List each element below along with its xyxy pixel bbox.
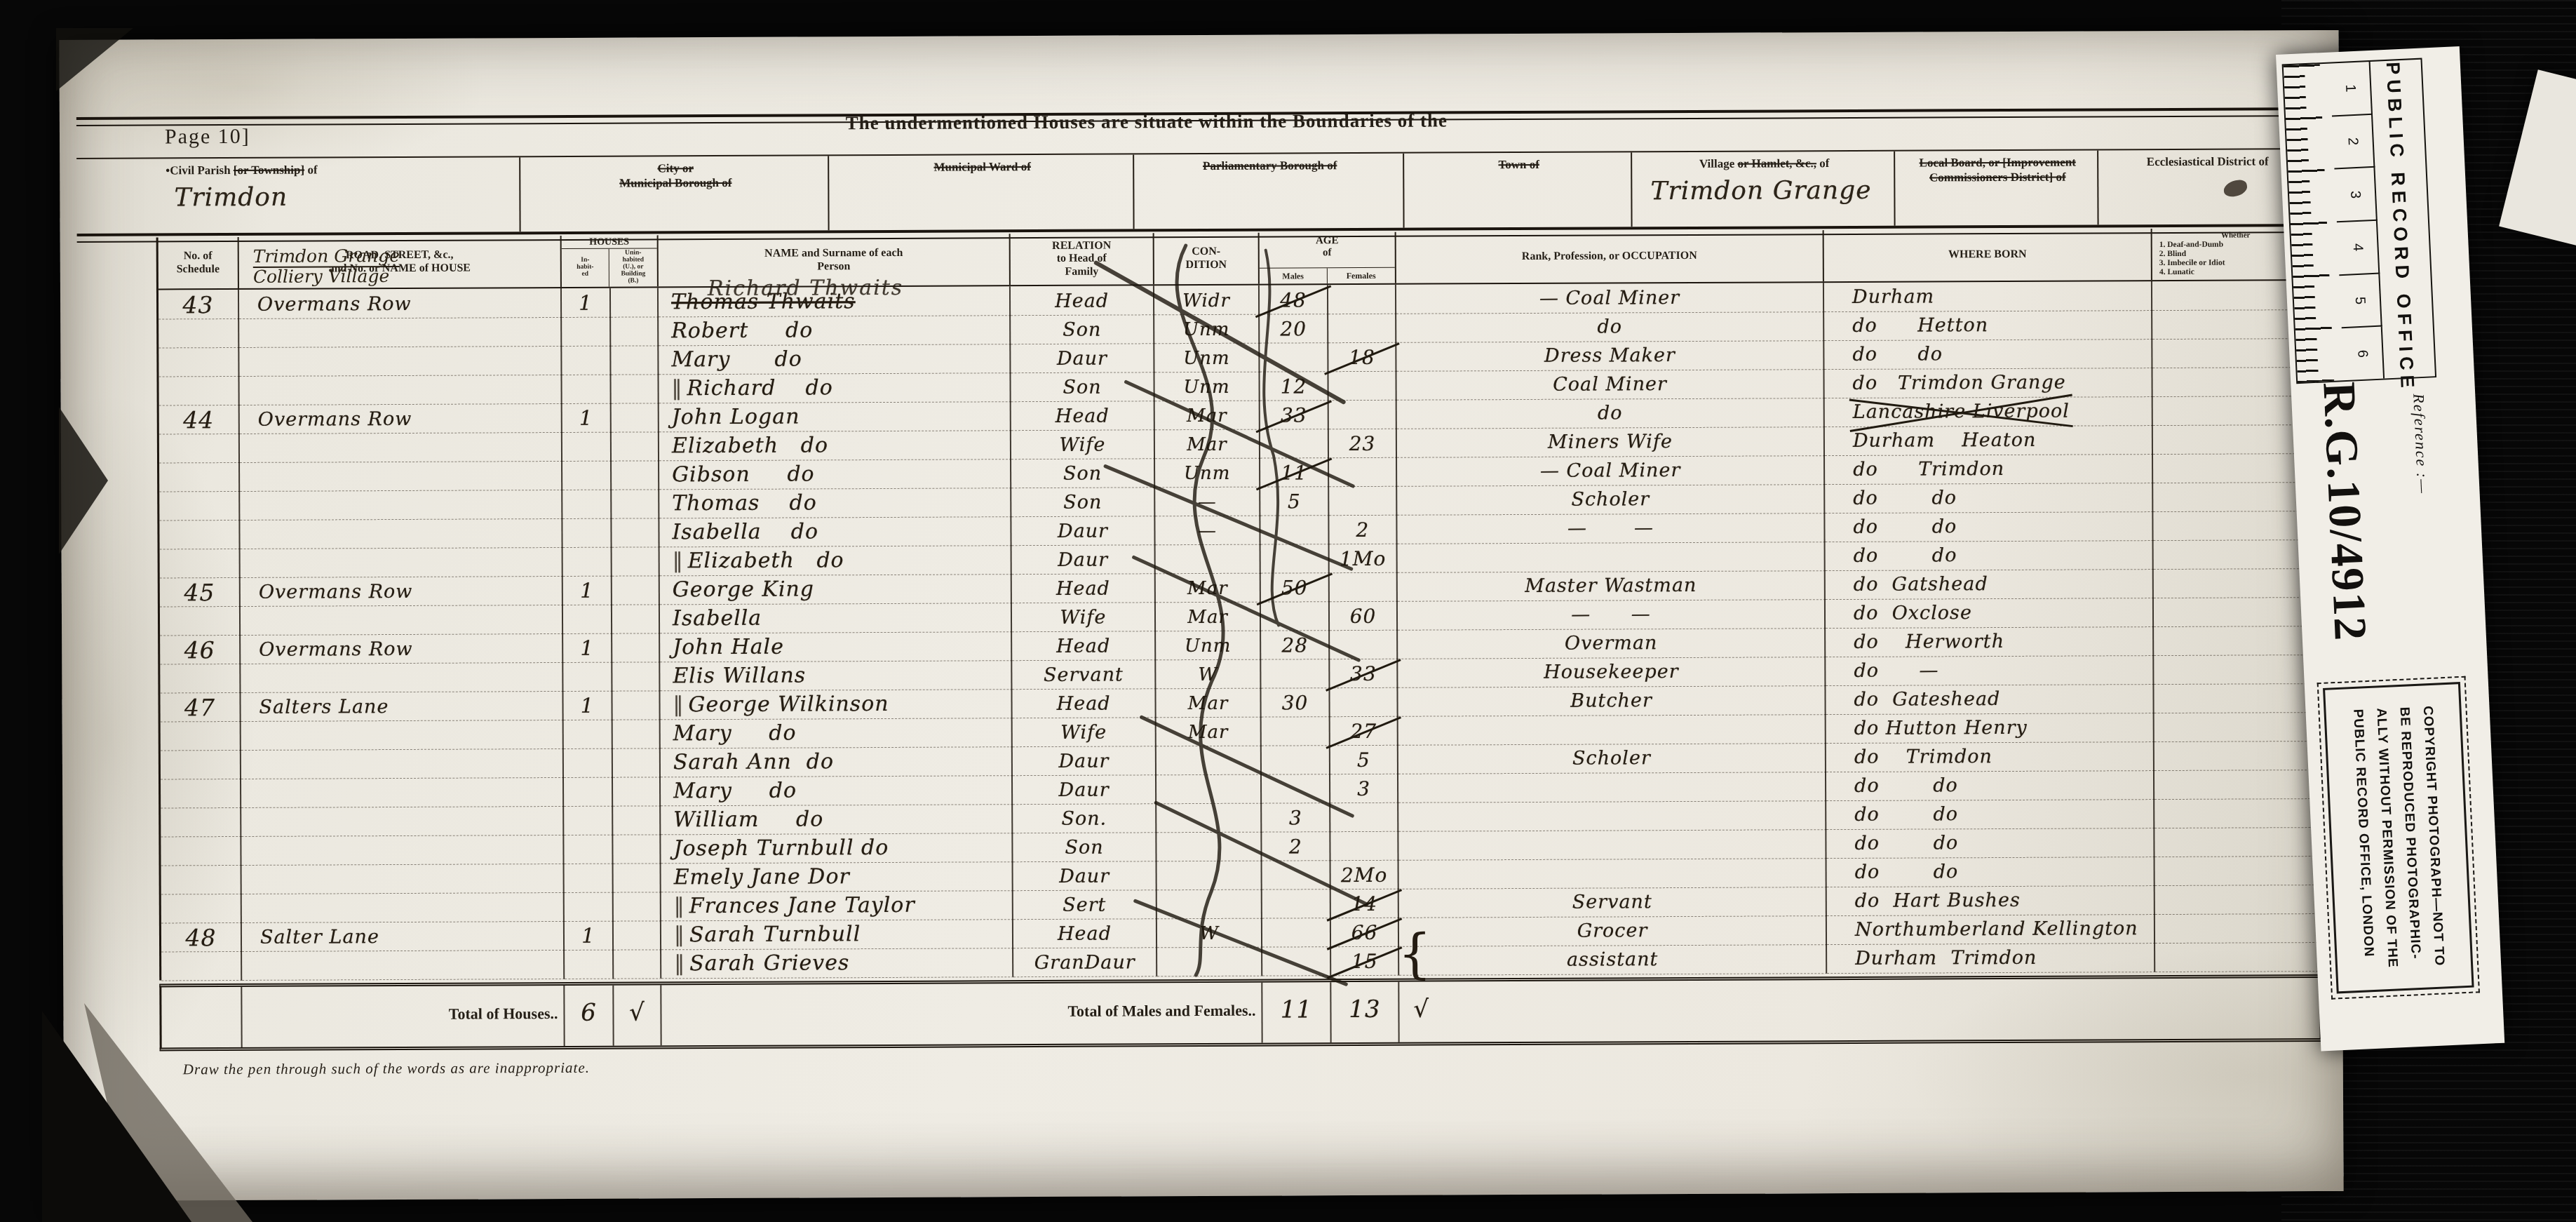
age-male-cell: 28 xyxy=(1261,630,1330,659)
inhabited-cell: 1 xyxy=(563,691,612,720)
relation-cell: Servant xyxy=(1012,659,1156,690)
birthplace-cell: Durham Trimdon xyxy=(1827,943,2155,974)
relation-cell: Daur xyxy=(1012,544,1156,575)
road-cell xyxy=(241,605,563,636)
uninhabited-cell xyxy=(612,662,660,691)
name-cell: Mary do xyxy=(661,718,1013,748)
total-mf-label: Total of Males and Females.. xyxy=(661,983,1262,1046)
age-male-cell: 11 xyxy=(1260,457,1329,487)
condition-cell xyxy=(1156,832,1262,862)
name-cell: William do xyxy=(661,804,1013,835)
copyright-stamp: COPYRIGHT PHOTOGRAPH—NOT TO BE REPRODUCE… xyxy=(2323,682,2474,993)
name-cell: ‖Sarah Turnbull xyxy=(661,919,1013,950)
infirmity-cell xyxy=(2153,453,2316,483)
schedule-cell xyxy=(159,434,240,464)
age-female-cell: 2Mo xyxy=(1331,860,1399,889)
location-header-text: City or Municipal Borough of xyxy=(530,160,821,191)
birthplace-cell: do Trimdon Grange xyxy=(1824,368,2152,398)
condition-cell: Mar xyxy=(1156,602,1261,632)
location-header-text: Parliamentary Borough of xyxy=(1144,158,1396,174)
inhabited-cell xyxy=(562,432,612,462)
location-handwritten-value: Trimdon Grange xyxy=(1650,175,1887,207)
infirmity-cell xyxy=(2155,885,2318,915)
condition-cell xyxy=(1156,544,1261,575)
inhabited-cell: 1 xyxy=(563,576,612,605)
schedule-cell xyxy=(161,721,241,751)
condition-cell: Mar xyxy=(1155,401,1260,431)
location-header-cell: Local Board, or [Improvement Commissione… xyxy=(1895,150,2098,225)
relation-cell: Wife xyxy=(1011,429,1155,459)
uninhabited-cell xyxy=(612,518,659,547)
ruler-number-cell: 3 xyxy=(2335,168,2378,222)
inhabited-cell: 1 xyxy=(565,921,614,951)
age-female-cell: 60 xyxy=(1330,601,1398,631)
road-cell xyxy=(241,806,564,837)
condition-cell: Unm xyxy=(1154,343,1260,373)
name-cell: Elis Willans xyxy=(660,660,1012,691)
road-cell xyxy=(240,432,562,463)
name-cell: Mary do xyxy=(661,775,1013,806)
road-heading: Trimdon GrangeColliery Village xyxy=(253,246,400,287)
road-cell: Trimdon GrangeColliery VillageOvermans R… xyxy=(239,288,562,319)
inhabited-cell xyxy=(565,892,614,922)
age-male-cell: 33 xyxy=(1260,400,1329,429)
col-occupation: Rank, Profession, or OCCUPATION xyxy=(1396,230,1824,283)
relation-cell: Son xyxy=(1011,314,1154,344)
schedule-cell: 44 xyxy=(159,405,240,435)
condition-cell xyxy=(1157,889,1262,920)
name-cell: ‖Frances Jane Taylor xyxy=(661,890,1013,921)
relation-cell: Daur xyxy=(1011,343,1154,373)
age-male-cell: 30 xyxy=(1261,687,1330,717)
uninhabited-cell xyxy=(614,949,661,979)
col-houses-title: HOUSES xyxy=(562,235,657,248)
location-handwritten-value: Trimdon xyxy=(174,181,512,214)
road-cell: Overmans Row xyxy=(241,633,563,664)
road-cell xyxy=(239,346,562,377)
road-cell xyxy=(241,662,563,693)
condition-cell: Unm xyxy=(1155,458,1260,488)
copyright-stamp-text: COPYRIGHT PHOTOGRAPH—NOT TO BE REPRODUCE… xyxy=(2346,706,2451,970)
location-band: •Civil Parish [or Township] ofTrimdonCit… xyxy=(156,149,2314,233)
age-female-cell: 3 xyxy=(1330,774,1398,803)
schedule-cell: 45 xyxy=(160,577,241,607)
schedule-cell xyxy=(159,347,239,377)
road-cell xyxy=(240,518,562,549)
relation-cell: Head xyxy=(1013,918,1157,948)
relation-cell: Son xyxy=(1011,487,1155,517)
col-uninhabited: Unin- habited (U.), or Building (B.) xyxy=(609,248,657,286)
ruler-number-cell: 5 xyxy=(2339,274,2382,328)
age-female-cell: 15 xyxy=(1331,946,1399,976)
col-relation: RELATION to Head of Family xyxy=(1011,233,1154,285)
infirmity-cell xyxy=(2154,741,2317,771)
relation-cell: Daur xyxy=(1013,774,1156,805)
condition-cell xyxy=(1156,803,1262,833)
schedule-cell xyxy=(160,549,241,579)
condition-cell: Unm xyxy=(1154,372,1260,402)
uninhabited-cell xyxy=(612,489,659,518)
occupation-cell: — — xyxy=(1398,599,1826,631)
total-houses-check: √ xyxy=(614,985,661,1045)
age-male-cell: 5 xyxy=(1260,486,1329,516)
inhabited-cell xyxy=(562,317,611,347)
age-female-cell xyxy=(1328,314,1396,343)
birthplace-cell: do do xyxy=(1824,339,2152,370)
age-female-cell xyxy=(1330,831,1398,861)
location-header-cell: City or Municipal Borough of xyxy=(520,156,829,231)
condition-cell xyxy=(1156,746,1262,776)
age-male-cell xyxy=(1262,716,1330,746)
schedule-cell xyxy=(161,750,241,780)
inhabited-cell xyxy=(562,375,611,404)
infirmity-cell xyxy=(2155,913,2318,944)
location-header-cell: Parliamentary Borough of xyxy=(1134,154,1404,229)
location-header-cell: Municipal Ward of xyxy=(829,154,1134,230)
inhabited-cell xyxy=(565,864,614,893)
age-female-cell: 33 xyxy=(1330,659,1398,688)
birthplace-cell: do Oxclose xyxy=(1826,598,2154,629)
relation-cell: Head xyxy=(1011,286,1154,316)
occupation-cell: Coal Miner xyxy=(1396,369,1824,401)
birthplace-cell: do do xyxy=(1825,483,2153,513)
location-header-text: Town of xyxy=(1414,156,1624,173)
inhabited-cell xyxy=(562,461,612,490)
occupation-cell: Butcher xyxy=(1398,685,1826,717)
birthplace-cell: do do xyxy=(1826,799,2154,830)
col-houses: HOUSES In- habit- ed Unin- habited (U.),… xyxy=(562,235,659,287)
census-photograph: Page 10] The undermentioned Houses are s… xyxy=(0,0,2576,1222)
total-females: 13 xyxy=(1331,982,1399,1042)
uninhabited-cell xyxy=(612,604,660,633)
infirmity-cell xyxy=(2153,511,2316,541)
inhabited-cell xyxy=(564,777,613,807)
name-cell: Gibson do xyxy=(659,459,1011,490)
name-cell: Elizabeth do xyxy=(659,430,1011,461)
infirmity-cell xyxy=(2153,482,2316,512)
road-cell xyxy=(242,864,565,894)
ruler-ticks-icon xyxy=(2284,65,2319,382)
relation-cell: Head xyxy=(1012,688,1156,718)
age-male-cell: 2 xyxy=(1262,831,1330,861)
page-number: Page 10] xyxy=(165,125,250,149)
occupation-cell: do xyxy=(1396,311,1824,343)
col-males: Males xyxy=(1260,268,1328,283)
road-cell xyxy=(241,720,564,751)
table-body: 43Trimdon GrangeColliery VillageOvermans… xyxy=(159,281,2319,980)
uninhabited-cell xyxy=(612,460,659,490)
occupation-cell: Miners Wife xyxy=(1397,427,1825,458)
occupation-cell xyxy=(1399,858,1827,889)
occupation-cell: do xyxy=(1397,398,1825,429)
uninhabited-cell xyxy=(611,316,659,346)
schedule-cell: 46 xyxy=(160,635,241,665)
infirmity-cell xyxy=(2154,597,2317,627)
birthplace-cell: do Trimdon xyxy=(1826,741,2154,772)
location-header-text: Local Board, or [Improvement Commissione… xyxy=(1905,154,2090,185)
birthplace-cell: do do xyxy=(1826,770,2154,801)
road-cell xyxy=(241,547,563,578)
birthplace-cell: do do xyxy=(1826,828,2154,859)
col-females: Females xyxy=(1327,268,1395,283)
age-male-cell xyxy=(1262,745,1330,774)
location-header-text: Ecclesiastical District of xyxy=(2108,154,2307,169)
age-female-cell: 5 xyxy=(1330,745,1398,774)
name-cell: Isabella xyxy=(660,603,1012,633)
condition-cell: W xyxy=(1157,918,1262,948)
occupation-cell xyxy=(1398,542,1826,573)
birthplace-cell: Durham xyxy=(1824,281,2152,312)
age-female-cell: 2 xyxy=(1329,515,1397,544)
name-cell: Richard ThwaitsThomas Thwaits xyxy=(659,286,1011,317)
infirmity-cell xyxy=(2154,539,2317,570)
age-male-cell xyxy=(1260,515,1329,544)
inhabited-cell xyxy=(564,835,613,864)
uninhabited-cell xyxy=(613,805,661,835)
ruler-numbers: 123456 xyxy=(2330,62,2385,380)
condition-cell: Widr xyxy=(1154,286,1260,316)
census-table: No. of Schedule ROAD, STREET, &c., and N… xyxy=(156,228,2322,980)
inhabited-cell: 1 xyxy=(562,288,611,318)
condition-cell: Mar xyxy=(1156,688,1261,718)
occupation-cell: — Coal Miner xyxy=(1396,283,1824,314)
name-cell: Thomas do xyxy=(659,488,1011,518)
inhabited-cell: 1 xyxy=(562,403,612,433)
schedule-cell xyxy=(160,664,241,694)
infirmity-cell xyxy=(2154,568,2317,598)
condition-cell: Unm xyxy=(1156,631,1261,661)
birthplace-cell: Northumberland Kellington xyxy=(1827,914,2155,945)
inhabited-cell xyxy=(563,662,612,692)
uninhabited-cell xyxy=(613,748,661,777)
schedule-cell xyxy=(161,836,241,866)
total-houses-label: Total of Houses.. xyxy=(242,986,565,1047)
age-male-cell xyxy=(1261,659,1330,688)
infirmity-cell xyxy=(2154,712,2317,742)
age-male-cell xyxy=(1262,918,1331,947)
birthplace-cell: do Trimdon xyxy=(1825,454,2153,485)
totals-blank xyxy=(161,987,242,1048)
birthplace-cell: do Hetton xyxy=(1824,310,2152,341)
schedule-cell: 43 xyxy=(159,290,239,320)
location-header-text: •Civil Parish [or Township] of xyxy=(166,161,512,177)
totals-blank xyxy=(1827,979,2155,1040)
infirmity-cell xyxy=(2154,770,2317,800)
footnote: Draw the pen through such of the words a… xyxy=(183,1059,590,1079)
schedule-cell xyxy=(159,520,240,550)
total-houses-value: 6 xyxy=(565,986,614,1046)
age-female-cell: 14 xyxy=(1331,889,1399,918)
road-cell: Salter Lane xyxy=(242,921,565,952)
condition-cell: — xyxy=(1155,487,1260,517)
road-cell xyxy=(241,748,564,779)
infirmity-cell xyxy=(2154,654,2317,685)
relation-cell: Son. xyxy=(1013,803,1156,833)
census-sheet: Page 10] The undermentioned Houses are s… xyxy=(59,30,2343,1201)
uninhabited-cell xyxy=(614,863,661,892)
age-male-cell: 3 xyxy=(1262,803,1330,832)
occupation-cell xyxy=(1398,714,1826,746)
col-born: WHERE BORN xyxy=(1824,229,2152,281)
age-female-cell xyxy=(1330,803,1398,832)
uninhabited-cell xyxy=(612,403,659,432)
age-female-cell xyxy=(1330,572,1398,602)
inhabited-cell xyxy=(565,950,614,979)
age-male-cell xyxy=(1262,889,1331,918)
condition-cell: — xyxy=(1155,516,1260,546)
road-cell xyxy=(242,950,565,981)
age-female-cell xyxy=(1329,400,1397,429)
condition-cell xyxy=(1157,947,1262,977)
uninhabited-cell xyxy=(612,690,660,720)
age-male-cell xyxy=(1260,429,1329,458)
name-cell: ‖Sarah Grieves xyxy=(661,948,1013,979)
name-cell: John Logan xyxy=(659,401,1011,432)
totals-row: Total of Houses.. 6 √ Total of Males and… xyxy=(159,974,2321,1051)
age-male-cell xyxy=(1261,544,1330,573)
name-cell: Joseph Turnbull do xyxy=(661,833,1013,864)
age-female-cell xyxy=(1330,687,1398,717)
birthplace-cell: do do xyxy=(1827,857,2155,887)
name-cell: Robert do xyxy=(659,315,1011,346)
occupation-cell: Master Wastman xyxy=(1398,570,1826,602)
relation-cell: Daur xyxy=(1013,746,1156,776)
inhabited-cell xyxy=(564,720,613,749)
age-female-cell: 18 xyxy=(1328,342,1396,372)
reference-label: Reference :— xyxy=(2409,394,2432,495)
location-header-text: Municipal Ward of xyxy=(839,159,1126,175)
infirmity-cell xyxy=(2154,827,2317,857)
occupation-cell: Grocer xyxy=(1399,915,1827,947)
age-female-cell xyxy=(1328,371,1396,401)
schedule-cell xyxy=(161,865,242,895)
occupation-cell: Scholer xyxy=(1398,743,1826,774)
inhabited-cell xyxy=(564,748,613,778)
schedule-cell xyxy=(159,376,239,406)
occupation-cell: Overman xyxy=(1398,628,1826,659)
age-female-cell: 23 xyxy=(1329,429,1397,458)
uninhabited-cell xyxy=(614,920,661,950)
infirmity-cell xyxy=(2154,626,2317,656)
birthplace-cell: do Hart Bushes xyxy=(1827,885,2155,916)
totals-blank xyxy=(2155,978,2318,1039)
road-cell: Overmans Row xyxy=(241,576,563,607)
name-cell: George King xyxy=(660,574,1012,605)
name-cell: ‖Elizabeth do xyxy=(660,545,1012,576)
name-cell: Isabella do xyxy=(659,516,1011,547)
relation-cell: GranDaur xyxy=(1013,947,1157,977)
road-cell xyxy=(240,461,562,492)
schedule-cell xyxy=(161,894,242,924)
condition-cell: Mar xyxy=(1155,429,1260,459)
road-cell xyxy=(241,777,564,808)
schedule-cell xyxy=(159,462,240,492)
relation-cell: Sert xyxy=(1013,889,1157,920)
age-female-cell: 27 xyxy=(1330,716,1398,746)
age-female-cell xyxy=(1330,630,1398,659)
relation-cell: Head xyxy=(1011,401,1155,431)
birthplace-cell: do Gateshead xyxy=(1826,684,2154,715)
uninhabited-cell xyxy=(612,575,660,605)
location-header-cell: Village or Hamlet, &c., ofTrimdon Grange xyxy=(1632,152,1895,227)
occupation-cell: — Coal Miner xyxy=(1397,455,1825,487)
location-header-text: Village or Hamlet, &c., of xyxy=(1642,156,1887,172)
total-males: 11 xyxy=(1262,982,1331,1042)
name-cell: John Hale xyxy=(660,631,1012,662)
relation-cell: Son xyxy=(1011,458,1155,488)
road-cell xyxy=(241,835,564,866)
ruler-number-cell: 1 xyxy=(2330,62,2373,116)
uninhabited-cell xyxy=(611,288,659,317)
condition-cell xyxy=(1157,861,1262,891)
inhabited-cell xyxy=(562,490,612,519)
birthplace-cell: do — xyxy=(1826,655,2154,686)
schedule-cell xyxy=(161,779,241,809)
uninhabited-cell xyxy=(612,633,660,662)
occupation-cell xyxy=(1398,800,1826,832)
uninhabited-cell xyxy=(612,546,660,576)
condition-cell: W xyxy=(1156,659,1261,690)
occupation-cell xyxy=(1398,772,1826,803)
schedule-cell: 48 xyxy=(161,922,242,953)
uninhabited-cell xyxy=(611,345,659,375)
occupation-cell: Servant xyxy=(1399,887,1827,918)
road-cell xyxy=(240,490,562,521)
occupation-cell: — — xyxy=(1397,513,1825,544)
name-cell: Sarah Ann do xyxy=(661,746,1013,777)
age-male-cell xyxy=(1262,946,1331,976)
road-cell xyxy=(239,375,562,405)
age-female-cell xyxy=(1329,457,1397,487)
inhabited-cell xyxy=(562,518,612,548)
age-female-cell: 66 xyxy=(1331,918,1399,947)
inhabited-cell xyxy=(564,806,613,835)
inhabited-cell: 1 xyxy=(563,633,612,663)
relation-cell: Son xyxy=(1013,832,1156,862)
occupation-cell xyxy=(1398,829,1826,861)
inhabited-cell xyxy=(563,547,612,577)
col-age: AGE of Males Females xyxy=(1260,232,1396,284)
road-cell xyxy=(239,317,562,348)
condition-cell xyxy=(1156,774,1262,805)
occupation-cell: {assistant xyxy=(1399,944,1827,976)
col-age-title: AGE of xyxy=(1260,232,1395,260)
age-female-cell: 1Mo xyxy=(1330,544,1398,573)
age-male-cell xyxy=(1262,860,1331,889)
col-inhabited: In- habit- ed xyxy=(562,249,609,287)
infirmity-cell xyxy=(2154,683,2317,713)
age-male-cell: 12 xyxy=(1260,371,1328,401)
age-female-cell xyxy=(1328,285,1396,314)
age-male-cell xyxy=(1261,601,1330,631)
ruler-number-cell: 2 xyxy=(2332,114,2375,169)
relation-cell: Son xyxy=(1011,372,1154,402)
birthplace-cell: do Hutton Henry xyxy=(1826,713,2154,744)
birthplace-cell: Lancashire Liverpool xyxy=(1825,396,2153,427)
name-correction: Richard Thwaits xyxy=(708,274,903,303)
age-male-cell: 48 xyxy=(1260,285,1328,314)
relation-cell: Wife xyxy=(1012,602,1156,632)
uninhabited-cell xyxy=(613,777,661,806)
uninhabited-cell xyxy=(611,374,659,403)
location-header-cell: Town of xyxy=(1404,152,1632,227)
birthplace-cell: do Gatshead xyxy=(1826,569,2154,600)
birthplace-cell: do do xyxy=(1826,540,2154,571)
infirmity-cell xyxy=(2155,856,2318,886)
ruler-number-cell: 6 xyxy=(2342,327,2385,380)
uninhabited-cell xyxy=(613,834,661,864)
infirmity-cell xyxy=(2153,424,2316,455)
